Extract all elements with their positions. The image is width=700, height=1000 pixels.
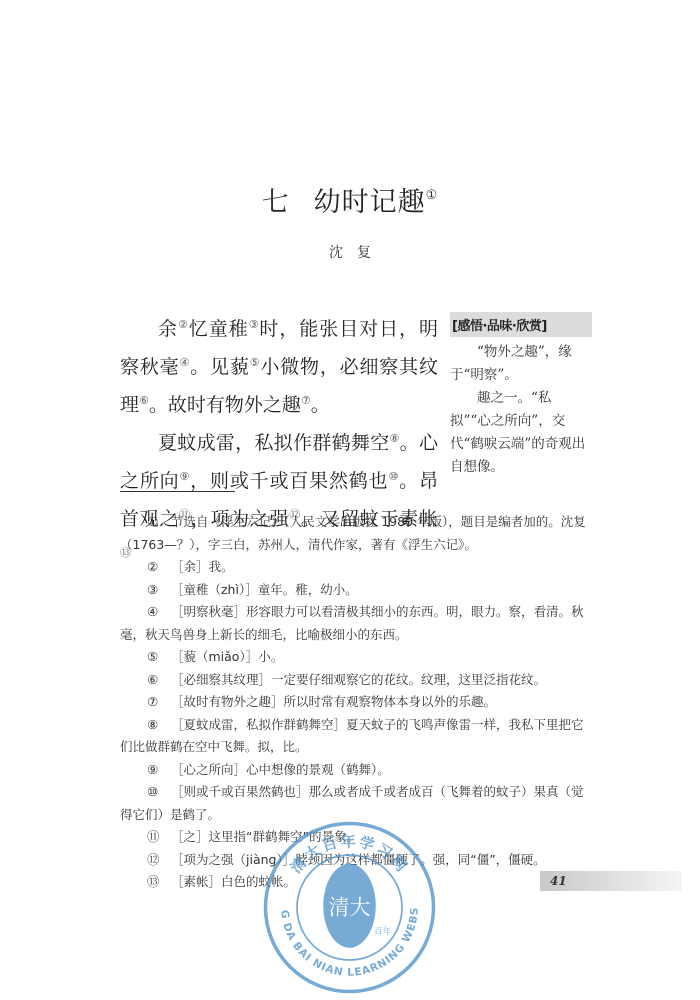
footnote-mark: ⑩ xyxy=(147,781,171,804)
footnote-ref[interactable]: ⑤ xyxy=(250,356,261,369)
footnote-ref[interactable]: ⑥ xyxy=(139,394,149,407)
footnote-mark: ⑨ xyxy=(147,759,171,782)
footnote-mark: ⑫ xyxy=(147,849,171,872)
title-footnote-ref[interactable]: ① xyxy=(426,188,439,203)
footnote-mark: ⑧ xyxy=(147,714,171,737)
footnote-item: ③［童稚（zhì）］童年。稚，幼小。 xyxy=(120,579,590,602)
footnote-ref[interactable]: ③ xyxy=(249,318,260,331)
footnote-mark: ⑥ xyxy=(147,669,171,692)
footnote-ref[interactable]: ⑦ xyxy=(301,394,311,407)
footnote-ref[interactable]: ⑩ xyxy=(388,470,399,483)
footnote-text: 节选自《浮生六记》（人民文学出版社 1980 年版），题目是编者加的。沈复（17… xyxy=(120,514,586,552)
text-segment: 。 xyxy=(311,394,330,416)
lesson-title-text: 幼时记趣 xyxy=(314,187,426,218)
footnote-item: ⑧［夏蚊成雷，私拟作群鹤舞空］夏天蚊子的飞鸣声像雷一样，我私下里把它们比做群鹤在… xyxy=(120,714,590,759)
footnote-mark: ① xyxy=(147,511,171,534)
text-segment: 余 xyxy=(158,318,178,340)
watermark-center-text: 清大 xyxy=(329,896,371,920)
footnote-mark: ③ xyxy=(147,579,171,602)
footnote-text: ［夏蚊成雷，私拟作群鹤舞空］夏天蚊子的飞鸣声像雷一样，我私下里把它们比做群鹤在空… xyxy=(120,717,584,755)
watermark-stamp-icon: 清大百年学习网 QING DA BAI NIAN LEARNING WEBSIT… xyxy=(262,820,437,995)
footnote-mark: ⑪ xyxy=(147,826,171,849)
footnote-item: ④［明察秋毫］形容眼力可以看清极其细小的东西。明，眼力。察，看清。秋毫，秋天鸟兽… xyxy=(120,601,590,646)
footnote-mark: ⑦ xyxy=(147,691,171,714)
sidebar-annotation: [感悟·品味·欣赏] “物外之趣”，缘于“明察”。 趣之一。“私拟”“心之所向”… xyxy=(450,312,592,479)
footnote-text: ［故时有物外之趣］所以时常有观察物体本身以外的乐趣。 xyxy=(171,694,496,709)
footnote-mark: ② xyxy=(147,556,171,579)
footnote-text: ［余］我。 xyxy=(171,559,234,574)
page-number: 41 xyxy=(540,871,682,891)
footnote-mark: ④ xyxy=(147,601,171,624)
sidebar-paragraph: 趣之一。“私拟”“心之所向”，交代“鹤唳云端”的奇观出自想像。 xyxy=(450,387,592,479)
footnote-ref[interactable]: ④ xyxy=(179,356,190,369)
text-segment: 。故时有物外之趣 xyxy=(149,394,301,416)
footnote-mark: ⑤ xyxy=(147,646,171,669)
sidebar-body: “物外之趣”，缘于“明察”。 趣之一。“私拟”“心之所向”，交代“鹤唳云端”的奇… xyxy=(450,341,592,479)
lesson-number: 七 xyxy=(262,187,290,218)
sidebar-paragraph: “物外之趣”，缘于“明察”。 xyxy=(450,341,592,387)
footnote-ref[interactable]: ② xyxy=(178,318,189,331)
footnote-mark: ⑬ xyxy=(147,871,171,894)
footnote-item: ①节选自《浮生六记》（人民文学出版社 1980 年版），题目是编者加的。沈复（1… xyxy=(120,511,590,556)
footnote-item: ⑥［必细察其纹理］一定要仔细观察它的花纹。纹理，这里泛指花纹。 xyxy=(120,669,590,692)
footnote-text: ［童稚（zhì）］童年。稚，幼小。 xyxy=(171,582,358,597)
footnote-text: ［必细察其纹理］一定要仔细观察它的花纹。纹理，这里泛指花纹。 xyxy=(171,672,546,687)
footnote-text: ［藐（miǎo）］小。 xyxy=(171,649,283,664)
text-segment: 。见藐 xyxy=(190,356,249,378)
footnote-text: ［心之所向］心中想像的景观（鹤舞）。 xyxy=(171,762,390,777)
footnote-divider xyxy=(120,491,235,492)
footnote-item: ⑦［故时有物外之趣］所以时常有观察物体本身以外的乐趣。 xyxy=(120,691,590,714)
footnote-item: ②［余］我。 xyxy=(120,556,590,579)
footnote-ref[interactable]: ⑨ xyxy=(179,470,190,483)
sidebar-heading: [感悟·品味·欣赏] xyxy=(450,312,592,337)
author: 沈复 xyxy=(0,242,700,262)
footnote-item: ⑤［藐（miǎo）］小。 xyxy=(120,646,590,669)
lesson-title: 七幼时记趣① xyxy=(0,180,700,219)
footnote-text: ［则或千或百果然鹤也］那么或者成千或者成百（飞舞着的蚊子）果真（觉得它们）是鹤了… xyxy=(120,784,584,822)
footnote-text: ［明察秋毫］形容眼力可以看清极其细小的东西。明，眼力。察，看清。秋毫，秋天鸟兽身… xyxy=(120,604,584,642)
text-segment: ，则或千或百果然鹤也 xyxy=(190,470,388,492)
footnote-ref[interactable]: ⑧ xyxy=(390,432,400,445)
watermark-small-text: 百年 xyxy=(374,925,392,937)
text-segment: 忆童稚 xyxy=(189,318,249,340)
footnote-item: ⑨［心之所向］心中想像的景观（鹤舞）。 xyxy=(120,759,590,782)
paragraph-1: 余②忆童稚③时，能张目对日，明察秋毫④。见藐⑤小微物，必细察其纹理⑥。故时有物外… xyxy=(120,308,438,422)
text-segment: 夏蚊成雷，私拟作群鹤舞空 xyxy=(158,432,390,454)
